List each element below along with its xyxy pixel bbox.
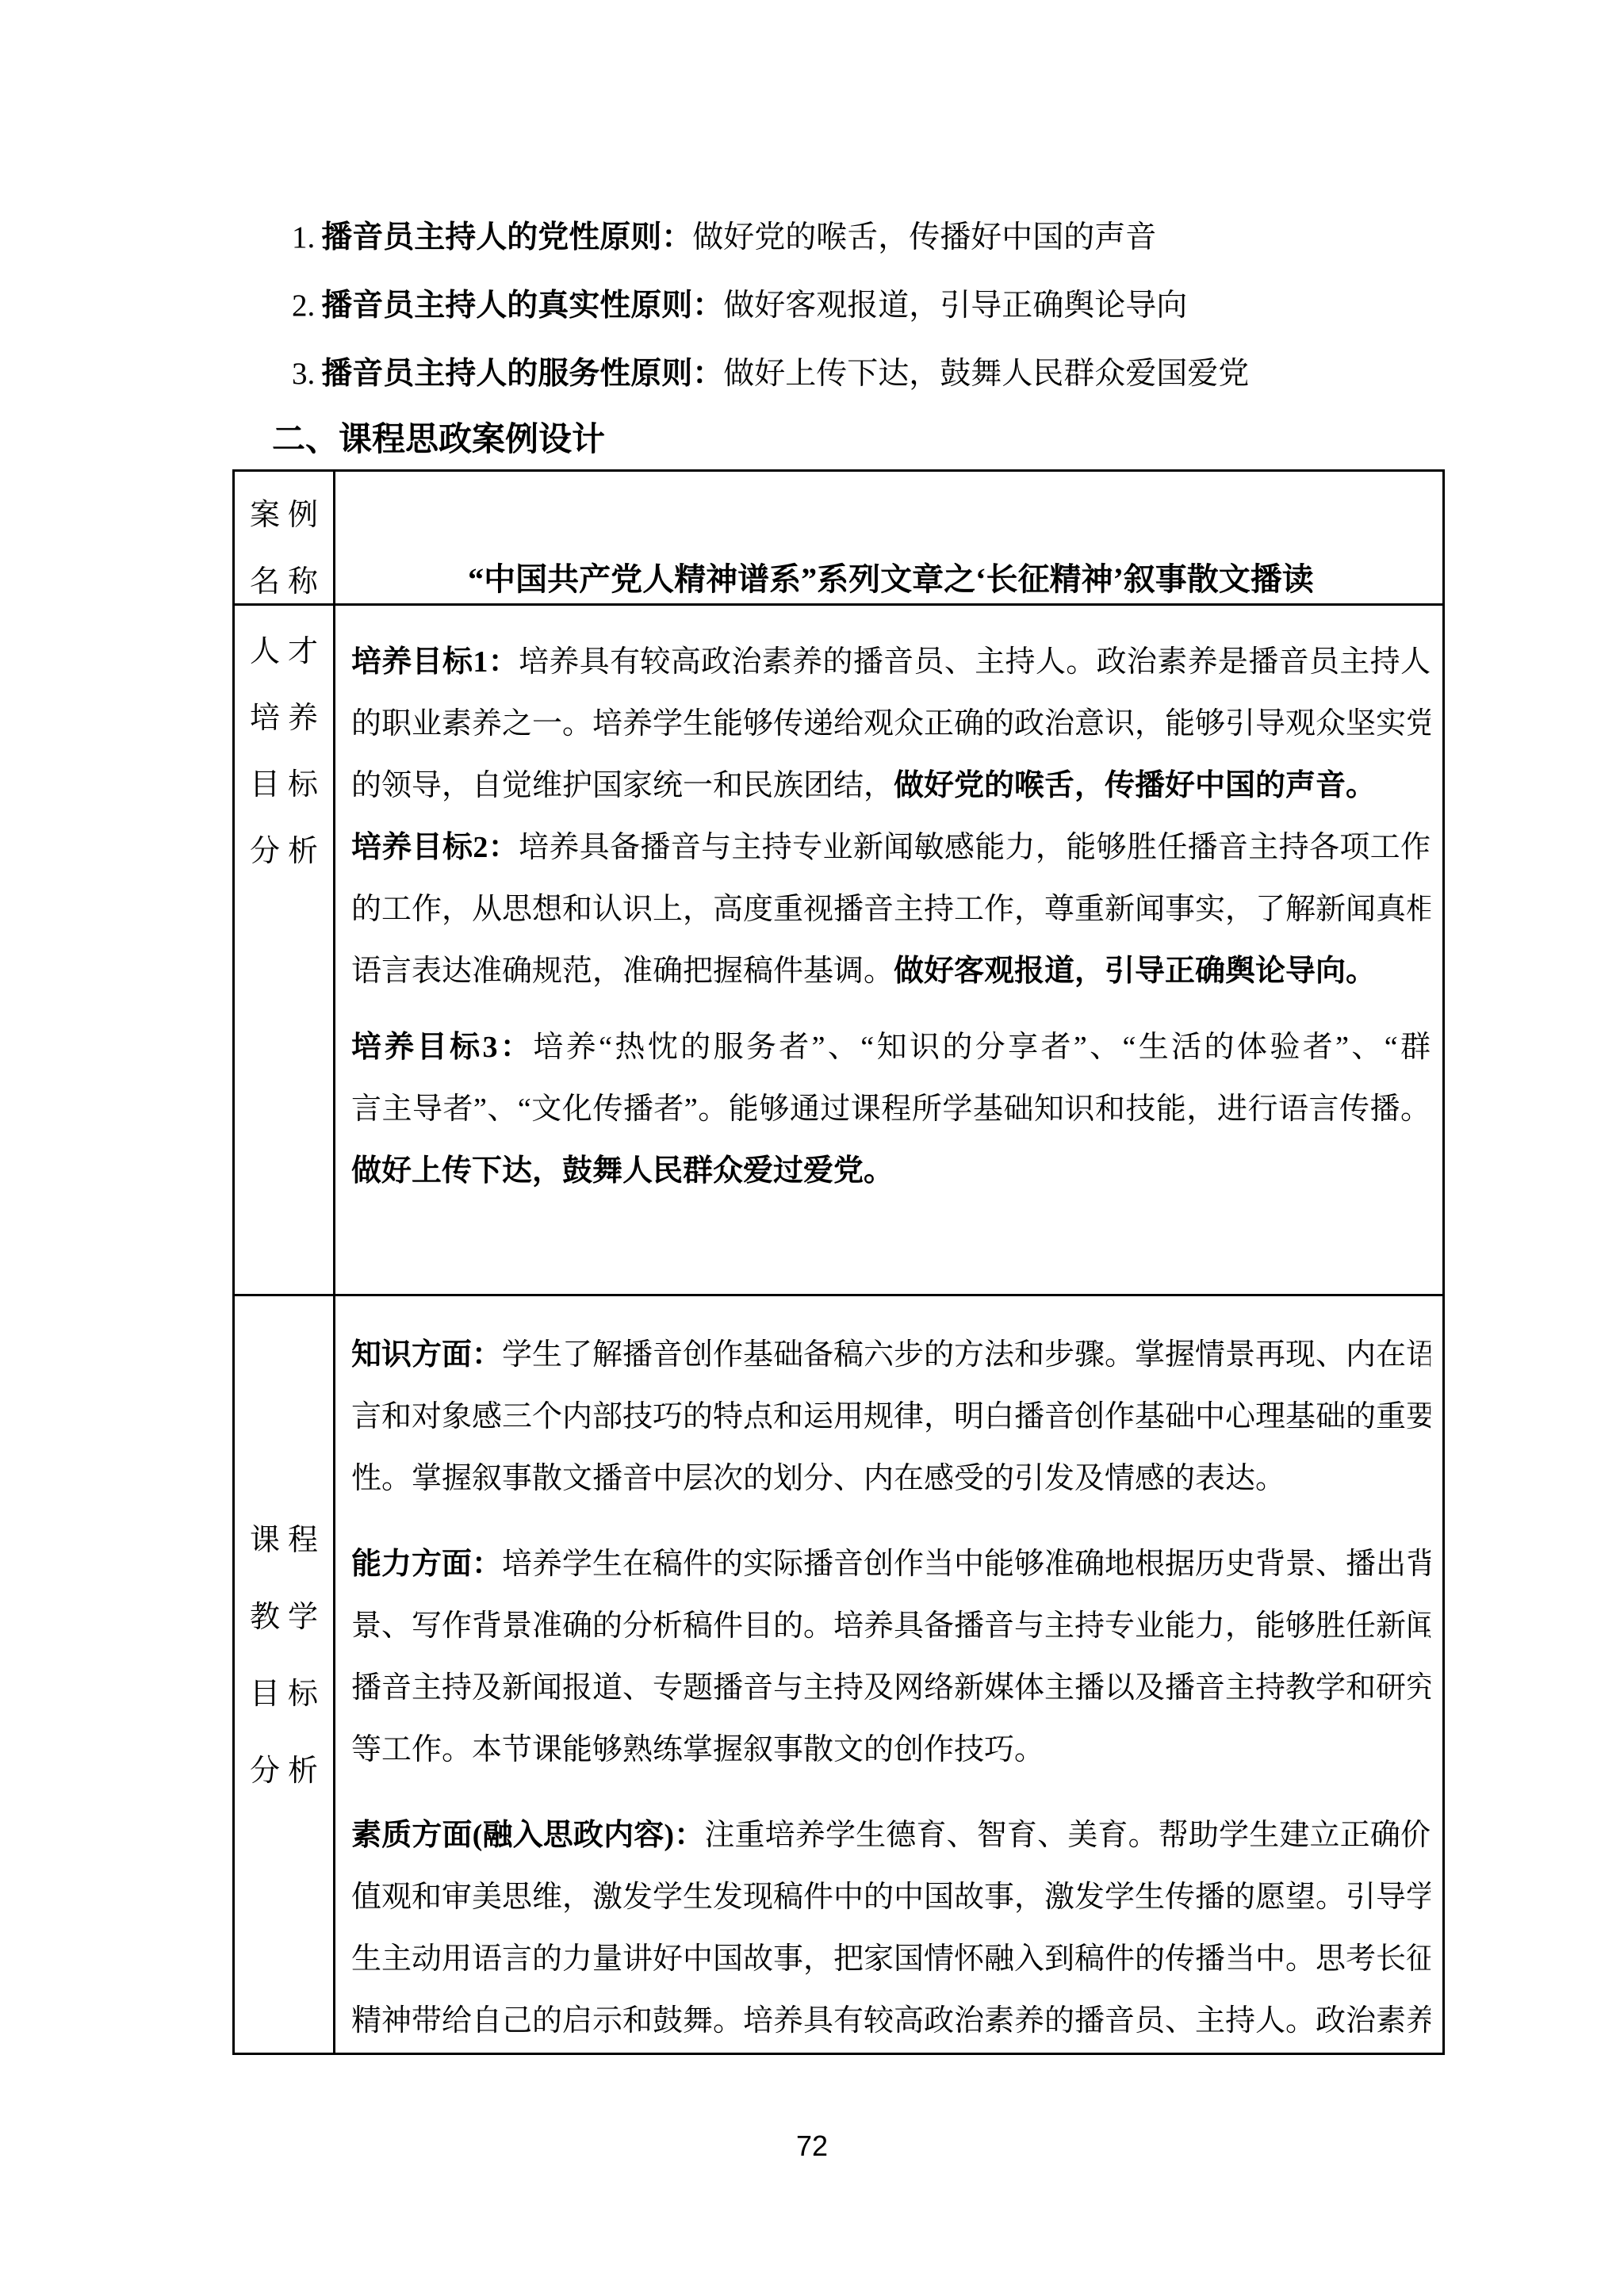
- text-run: 值观和审美思维，激发学生发现稿件中的中国故事，激发学生传播的愿望。引导学: [351, 1881, 1431, 1914]
- text-run: 素质方面(融入思政内容)：: [351, 1819, 704, 1852]
- row-label-cell: 案例名称: [235, 472, 335, 606]
- text-line: 等工作。本节课能够熟练掌握叙事散文的创作技巧。: [351, 1719, 1431, 1781]
- label-line: 课程: [235, 1502, 333, 1579]
- text-line: 的工作，从思想和认识上，高度重视播音主持工作，尊重新闻事实，了解新闻真相。: [351, 878, 1431, 940]
- text-line: 的职业素养之一。培养学生能够传递给观众正确的政治意识，能够引导观众坚实党: [351, 693, 1431, 755]
- list-item-number: 3.: [292, 357, 315, 391]
- list-item-label: 播音员主持人的服务性原则：: [321, 357, 723, 391]
- text-run: 培养目标1：: [351, 645, 519, 679]
- list-item-text: 做好客观报道，引导正确舆论导向: [723, 289, 1187, 323]
- intro-list: 1.播音员主持人的党性原则：做好党的喉舌，传播好中国的声音2.播音员主持人的真实…: [292, 216, 1249, 420]
- row-content-cell: 培养目标1：培养具有较高政治素养的播音员、主持人。政治素养是播音员主持人的职业素…: [335, 606, 1442, 1296]
- text-line: 生主动用语言的力量讲好中国故事，把家国情怀融入到稿件的传播当中。思考长征: [351, 1928, 1431, 1990]
- text-run: 知识方面：: [351, 1338, 502, 1372]
- text-line: 言主导者”、“文化传播者”。能够通过课程所学基础知识和技能，进行语言传播。: [351, 1078, 1431, 1140]
- text-line: 性。掌握叙事散文播音中层次的划分、内在感受的引发及情感的表达。: [351, 1448, 1431, 1510]
- text-line: 景、写作背景准确的分析稿件目的。培养具备播音与主持专业能力，能够胜任新闻: [351, 1595, 1431, 1657]
- text-line: 培养目标2：培养具备播音与主持专业新闻敏感能力，能够胜任播音主持各项工作: [351, 817, 1431, 878]
- text-line: 的领导，自觉维护国家统一和民族团结，做好党的喉舌，传播好中国的声音。: [351, 755, 1431, 817]
- case-title: “中国共产党人精神谱系”系列文章之‘长征精神’叙事散文播读: [351, 556, 1431, 603]
- label-line: 培养: [235, 685, 333, 752]
- text-run: 言主导者”、“文化传播者”。能够通过课程所学基础知识和技能，进行语言传播。: [351, 1093, 1431, 1126]
- text-run: 做好客观报道，引导正确舆论导向。: [894, 955, 1376, 988]
- label-line: 目标: [235, 752, 333, 818]
- list-item: 3.播音员主持人的服务性原则：做好上传下达，鼓舞人民群众爱国爱党: [292, 352, 1249, 396]
- text-line: 培养目标3：培养“热忱的服务者”、“知识的分享者”、“生活的体验者”、“群: [351, 1016, 1431, 1078]
- text-run: 培养具备播音与主持专业新闻敏感能力，能够胜任播音主持各项工作: [519, 831, 1431, 864]
- label-line: 分析: [235, 818, 333, 885]
- text-run: 培养具有较高政治素养的播音员、主持人。政治素养是播音员主持人: [519, 645, 1431, 679]
- document-page: 1.播音员主持人的党性原则：做好党的喉舌，传播好中国的声音2.播音员主持人的真实…: [0, 0, 1624, 2296]
- paragraph: 培养目标2：培养具备播音与主持专业新闻敏感能力，能够胜任播音主持各项工作的工作，…: [351, 817, 1431, 1002]
- list-item-label: 播音员主持人的党性原则：: [321, 220, 692, 254]
- text-run: 的工作，从思想和认识上，高度重视播音主持工作，尊重新闻事实，了解新闻真相。: [351, 893, 1431, 926]
- text-run: 言和对象感三个内部技巧的特点和运用规律，明白播音创作基础中心理基础的重要: [351, 1400, 1431, 1433]
- text-run: 做好上传下达，鼓舞人民群众爱过爱党。: [351, 1154, 894, 1188]
- text-run: 的职业素养之一。培养学生能够传递给观众正确的政治意识，能够引导观众坚实党: [351, 707, 1431, 740]
- text-run: 精神带给自己的启示和鼓舞。培养具有较高政治素养的播音员、主持人。政治素养: [351, 2004, 1431, 2038]
- text-run: 语言表达准确规范，准确把握稿件基调。: [351, 955, 894, 988]
- text-line: 精神带给自己的启示和鼓舞。培养具有较高政治素养的播音员、主持人。政治素养: [351, 1990, 1431, 2052]
- label-line: 目标: [235, 1656, 333, 1733]
- text-run: 能力方面：: [351, 1548, 502, 1581]
- label-line: 分析: [235, 1733, 333, 1810]
- text-line: 值观和审美思维，激发学生发现稿件中的中国故事，激发学生传播的愿望。引导学: [351, 1866, 1431, 1928]
- paragraph: 素质方面(融入思政内容)：注重培养学生德育、智育、美育。帮助学生建立正确价值观和…: [351, 1804, 1431, 2052]
- row-content-cell: “中国共产党人精神谱系”系列文章之‘长征精神’叙事散文播读: [335, 472, 1442, 606]
- label-line: 名称: [235, 549, 333, 606]
- text-run: 培养“热忱的服务者”、“知识的分享者”、“生活的体验者”、“群: [533, 1031, 1431, 1064]
- text-run: 培养学生在稿件的实际播音创作当中能够准确地根据历史背景、播出背: [502, 1548, 1431, 1581]
- paragraph: 知识方面：学生了解播音创作基础备稿六步的方法和步骤。掌握情景再现、内在语言和对象…: [351, 1324, 1431, 1510]
- row-label-cell: 人才培养目标分析: [235, 606, 335, 1296]
- text-run: 等工作。本节课能够熟练掌握叙事散文的创作技巧。: [351, 1733, 1044, 1766]
- paragraph: 能力方面：培养学生在稿件的实际播音创作当中能够准确地根据历史背景、播出背景、写作…: [351, 1533, 1431, 1781]
- text-line: 知识方面：学生了解播音创作基础备稿六步的方法和步骤。掌握情景再现、内在语: [351, 1324, 1431, 1386]
- text-run: 学生了解播音创作基础备稿六步的方法和步骤。掌握情景再现、内在语: [502, 1338, 1431, 1372]
- list-item: 1.播音员主持人的党性原则：做好党的喉舌，传播好中国的声音: [292, 216, 1249, 260]
- list-item-number: 1.: [292, 220, 315, 254]
- label-line: 教学: [235, 1579, 333, 1656]
- paragraph: 培养目标3：培养“热忱的服务者”、“知识的分享者”、“生活的体验者”、“群言主导…: [351, 1016, 1431, 1202]
- text-line: 做好上传下达，鼓舞人民群众爱过爱党。: [351, 1140, 1431, 1202]
- text-line: 语言表达准确规范，准确把握稿件基调。做好客观报道，引导正确舆论导向。: [351, 940, 1431, 1002]
- list-item-text: 做好党的喉舌，传播好中国的声音: [692, 220, 1156, 254]
- list-item-number: 2.: [292, 289, 315, 323]
- text-run: 注重培养学生德育、智育、美育。帮助学生建立正确价: [704, 1819, 1431, 1852]
- text-run: 的领导，自觉维护国家统一和民族团结，: [351, 769, 894, 802]
- label-line: 人才: [235, 618, 333, 685]
- text-line: 能力方面：培养学生在稿件的实际播音创作当中能够准确地根据历史背景、播出背: [351, 1533, 1431, 1595]
- page-number: 72: [0, 2130, 1624, 2163]
- row-content-cell: 知识方面：学生了解播音创作基础备稿六步的方法和步骤。掌握情景再现、内在语言和对象…: [335, 1296, 1442, 2053]
- text-run: 培养目标3：: [351, 1031, 533, 1064]
- text-run: 做好党的喉舌，传播好中国的声音。: [894, 769, 1376, 802]
- text-run: 性。掌握叙事散文播音中层次的划分、内在感受的引发及情感的表达。: [351, 1462, 1285, 1495]
- list-item-label: 播音员主持人的真实性原则：: [321, 289, 723, 323]
- row-label-cell: 课程教学目标分析: [235, 1296, 335, 2053]
- text-line: 素质方面(融入思政内容)：注重培养学生德育、智育、美育。帮助学生建立正确价: [351, 1804, 1431, 1866]
- text-line: 培养目标1：培养具有较高政治素养的播音员、主持人。政治素养是播音员主持人: [351, 631, 1431, 693]
- case-table: 案例名称 “中国共产党人精神谱系”系列文章之‘长征精神’叙事散文播读 人才培养目…: [232, 469, 1445, 2055]
- list-item-text: 做好上传下达，鼓舞人民群众爱国爱党: [723, 357, 1249, 391]
- text-line: 播音主持及新闻报道、专题播音与主持及网络新媒体主播以及播音主持教学和研究: [351, 1657, 1431, 1719]
- text-line: 言和对象感三个内部技巧的特点和运用规律，明白播音创作基础中心理基础的重要: [351, 1386, 1431, 1448]
- text-run: 培养目标2：: [351, 831, 519, 864]
- text-run: 播音主持及新闻报道、专题播音与主持及网络新媒体主播以及播音主持教学和研究: [351, 1671, 1431, 1705]
- label-line: 案例: [235, 482, 333, 549]
- text-run: 景、写作背景准确的分析稿件目的。培养具备播音与主持专业能力，能够胜任新闻: [351, 1609, 1431, 1643]
- text-run: 生主动用语言的力量讲好中国故事，把家国情怀融入到稿件的传播当中。思考长征: [351, 1942, 1431, 1976]
- paragraph: 培养目标1：培养具有较高政治素养的播音员、主持人。政治素养是播音员主持人的职业素…: [351, 631, 1431, 817]
- section-heading: 二、课程思政案例设计: [272, 418, 605, 462]
- list-item: 2.播音员主持人的真实性原则：做好客观报道，引导正确舆论导向: [292, 284, 1249, 328]
